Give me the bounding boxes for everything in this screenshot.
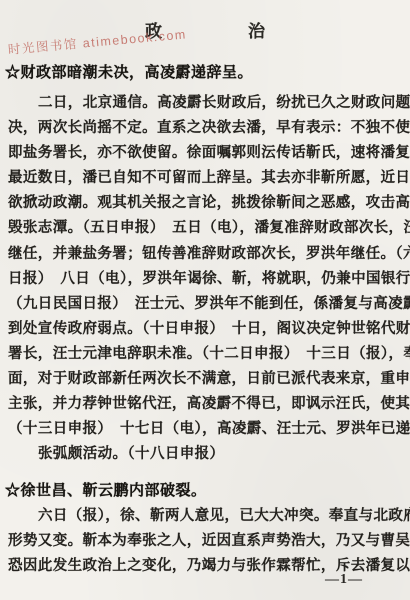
text-line: 毁张志潭。（五日申报） 五日（电），潘复准辞财政部次长，汪士元 bbox=[8, 216, 408, 241]
section-heading: ☆徐世昌、靳云鹏内部破裂。 bbox=[5, 479, 207, 500]
page-number: —1— bbox=[325, 572, 363, 588]
text-line: （十三日申报） 十七日（电），高凌霨、汪士元、罗洪年已递辞呈， bbox=[8, 417, 408, 442]
scanned-document-page: 政治 时光图书馆 atimebook.com ☆财政部暗潮未决，高凌霨递辞呈。 … bbox=[0, 0, 410, 600]
text-line: 张弧颇活动。（十八日申报） bbox=[8, 442, 408, 467]
text-line: 决，两次长尚摇不定。直系之决欲去潘，早有表示：不独不使长财政， bbox=[8, 116, 408, 141]
section-body: 二日，北京通信。高凌霨长财政后，纷扰已久之财政问题，依然未 决，两次长尚摇不定。… bbox=[8, 91, 408, 467]
text-line: 最近数日，潘已自知不可留而上辞呈。其去亦非靳所愿，近日颇有密议， bbox=[8, 166, 408, 191]
text-line: 署长，汪士元津电辞职未准。（十二日申报） 十三日（报），奉天方 bbox=[8, 342, 408, 367]
text-line: 到处宣传政府弱点。（十日申报） 十日，阁议决定钟世铭代财次及盐 bbox=[8, 317, 408, 342]
section-heading: ☆财政部暗潮未决，高凌霨递辞呈。 bbox=[5, 61, 253, 82]
text-line: （九日民国日报） 汪士元、罗洪年不能到任，係潘复与高凌霨难堪， bbox=[8, 292, 408, 317]
text-line: 二日，北京通信。高凌霨长财政后，纷扰已久之财政问题，依然未 bbox=[8, 91, 408, 116]
text-line: 欲掀动政潮。观其机关报之言论，挑拨徐靳间之恶感，攻击高凌霨，抵 bbox=[8, 191, 408, 216]
text-line: 即盐务署长，亦不欲使留。徐面嘱郭则沄传话靳氏，速将潘复去留介决。 bbox=[8, 141, 408, 166]
text-line: 六日（报），徐、靳两人意见，已大大冲突。奉直与北政府之关係， bbox=[8, 504, 408, 529]
text-line: 面，对于财政部新任两次长不满意，日前已派代表来京，重申其去汪之 bbox=[8, 367, 408, 392]
text-line: 主张，并力荐钟世铭代汪，高凌霨不得已，即讽示汪氏，使其自行辞职。 bbox=[8, 392, 408, 417]
text-line: 日报） 八日（电），罗洪年谒徐、靳，将就职，仍兼中国银行总司库。 bbox=[8, 267, 408, 292]
section-body: 六日（报），徐、靳两人意见，已大大冲突。奉直与北政府之关係， 形势又变。靳本为奉… bbox=[8, 504, 408, 579]
text-line: 形势又变。靳本为奉张之人，近因直系声势浩大，乃又与曹吴联络。徐 bbox=[8, 529, 408, 554]
text-line: 继任，并兼盐务署；钮传善准辞财政部次长，罗洪年继任。（六日民国 bbox=[8, 242, 408, 267]
